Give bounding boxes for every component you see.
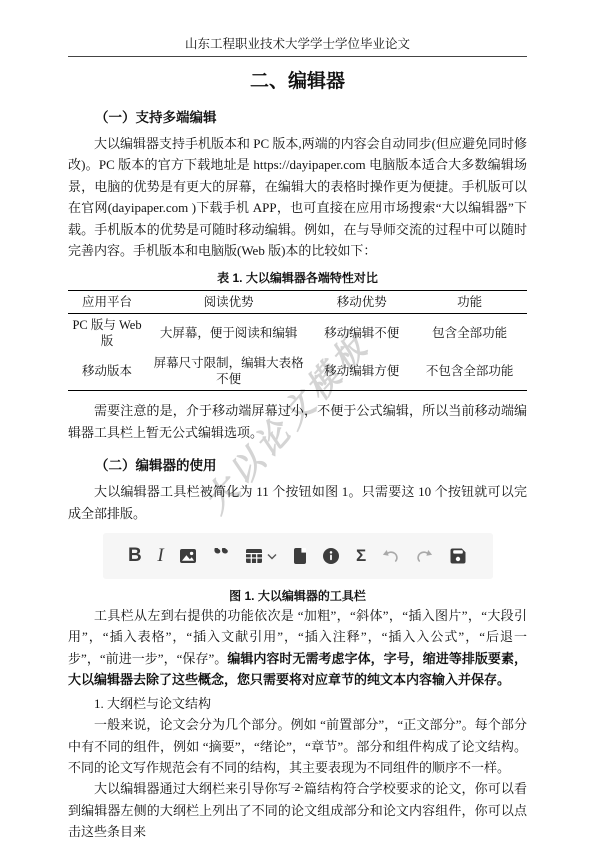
formula-sigma-icon: Σ: [356, 546, 366, 566]
col-header-platform: 应用平台: [68, 291, 146, 314]
paragraph-toolbar-functions: 工具栏从左到右提供的功能依次是 “加粗”，“斜体”，“插入图片”，“大段引用”，…: [68, 605, 527, 691]
subsection-heading-outline: 1. 大纲栏与论文结构: [68, 693, 527, 714]
table-caption: 表 1. 大以编辑器各端特性对比: [68, 270, 527, 287]
paragraph-formula-note: 需要注意的是，介于移动端屏幕过小，不便于公式编辑，所以当前移动端编辑器工具栏上暂…: [68, 400, 527, 443]
footnote-info-icon: [322, 547, 340, 565]
comparison-table: 应用平台 阅读优势 移动优势 功能 PC 版与 Web 版 大屏幕，便于阅读和编…: [68, 290, 527, 391]
col-header-reading: 阅读优势: [146, 291, 311, 314]
cell-function-mobile: 不包含全部功能: [412, 352, 527, 391]
cell-reading-mobile: 屏幕尺寸限制，编辑大表格不便: [146, 352, 311, 391]
toolbar-figure: B I “: [68, 533, 527, 605]
editor-toolbar-image: B I “: [103, 533, 493, 579]
paragraph-toolbar-intro: 大以编辑器工具栏被简化为 11 个按钮如图 1。只需要这 10 个按钮就可以完成…: [68, 481, 527, 524]
table-row: 移动版本 屏幕尺寸限制，编辑大表格不便 移动编辑方便 不包含全部功能: [68, 352, 527, 391]
cell-mobility-pc: 移动编辑不便: [311, 314, 412, 353]
section-heading-1: （一）支持多端编辑: [68, 107, 527, 129]
cell-platform-mobile: 移动版本: [68, 352, 146, 391]
table-row: PC 版与 Web 版 大屏幕，便于阅读和编辑 移动编辑不便 包含全部功能: [68, 314, 527, 353]
bold-icon: B: [128, 545, 142, 567]
paragraph-structure: 一般来说，论文会分为几个部分。例如 “前置部分”，“正文部分”。每个部分中有不同…: [68, 714, 527, 778]
cell-reading-pc: 大屏幕，便于阅读和编辑: [146, 314, 311, 353]
blockquote-icon: “: [213, 548, 230, 564]
document-page: 大以论文模板 山东工程职业技术大学学士学位毕业论文 二、编辑器 （一）支持多端编…: [0, 0, 595, 842]
page-number: 2: [0, 780, 595, 795]
figure-caption: 图 1. 大以编辑器的工具栏: [68, 588, 527, 605]
undo-icon: [382, 549, 400, 563]
paragraph-multi-device: 大以编辑器支持手机版本和 PC 版本,两端的内容会自动同步(但应避免同时修改)。…: [68, 133, 527, 261]
col-header-function: 功能: [412, 291, 527, 314]
insert-table-icon: [245, 547, 263, 565]
chapter-title: 二、编辑器: [68, 69, 527, 95]
cell-function-pc: 包含全部功能: [412, 314, 527, 353]
italic-icon: I: [157, 545, 163, 567]
table-header-row: 应用平台 阅读优势 移动优势 功能: [68, 291, 527, 314]
citation-icon: [293, 547, 307, 565]
running-header: 山东工程职业技术大学学士学位毕业论文: [68, 0, 527, 52]
header-rule: [68, 56, 527, 57]
col-header-mobility: 移动优势: [311, 291, 412, 314]
insert-image-icon: [179, 547, 197, 565]
cell-platform-pc: PC 版与 Web 版: [68, 314, 146, 353]
chevron-down-icon: [267, 553, 277, 560]
insert-table-group: [245, 547, 277, 565]
section-heading-2: （二）编辑器的使用: [68, 455, 527, 477]
cell-mobility-mobile: 移动编辑方便: [311, 352, 412, 391]
save-icon: [449, 547, 467, 565]
redo-icon: [415, 549, 433, 563]
